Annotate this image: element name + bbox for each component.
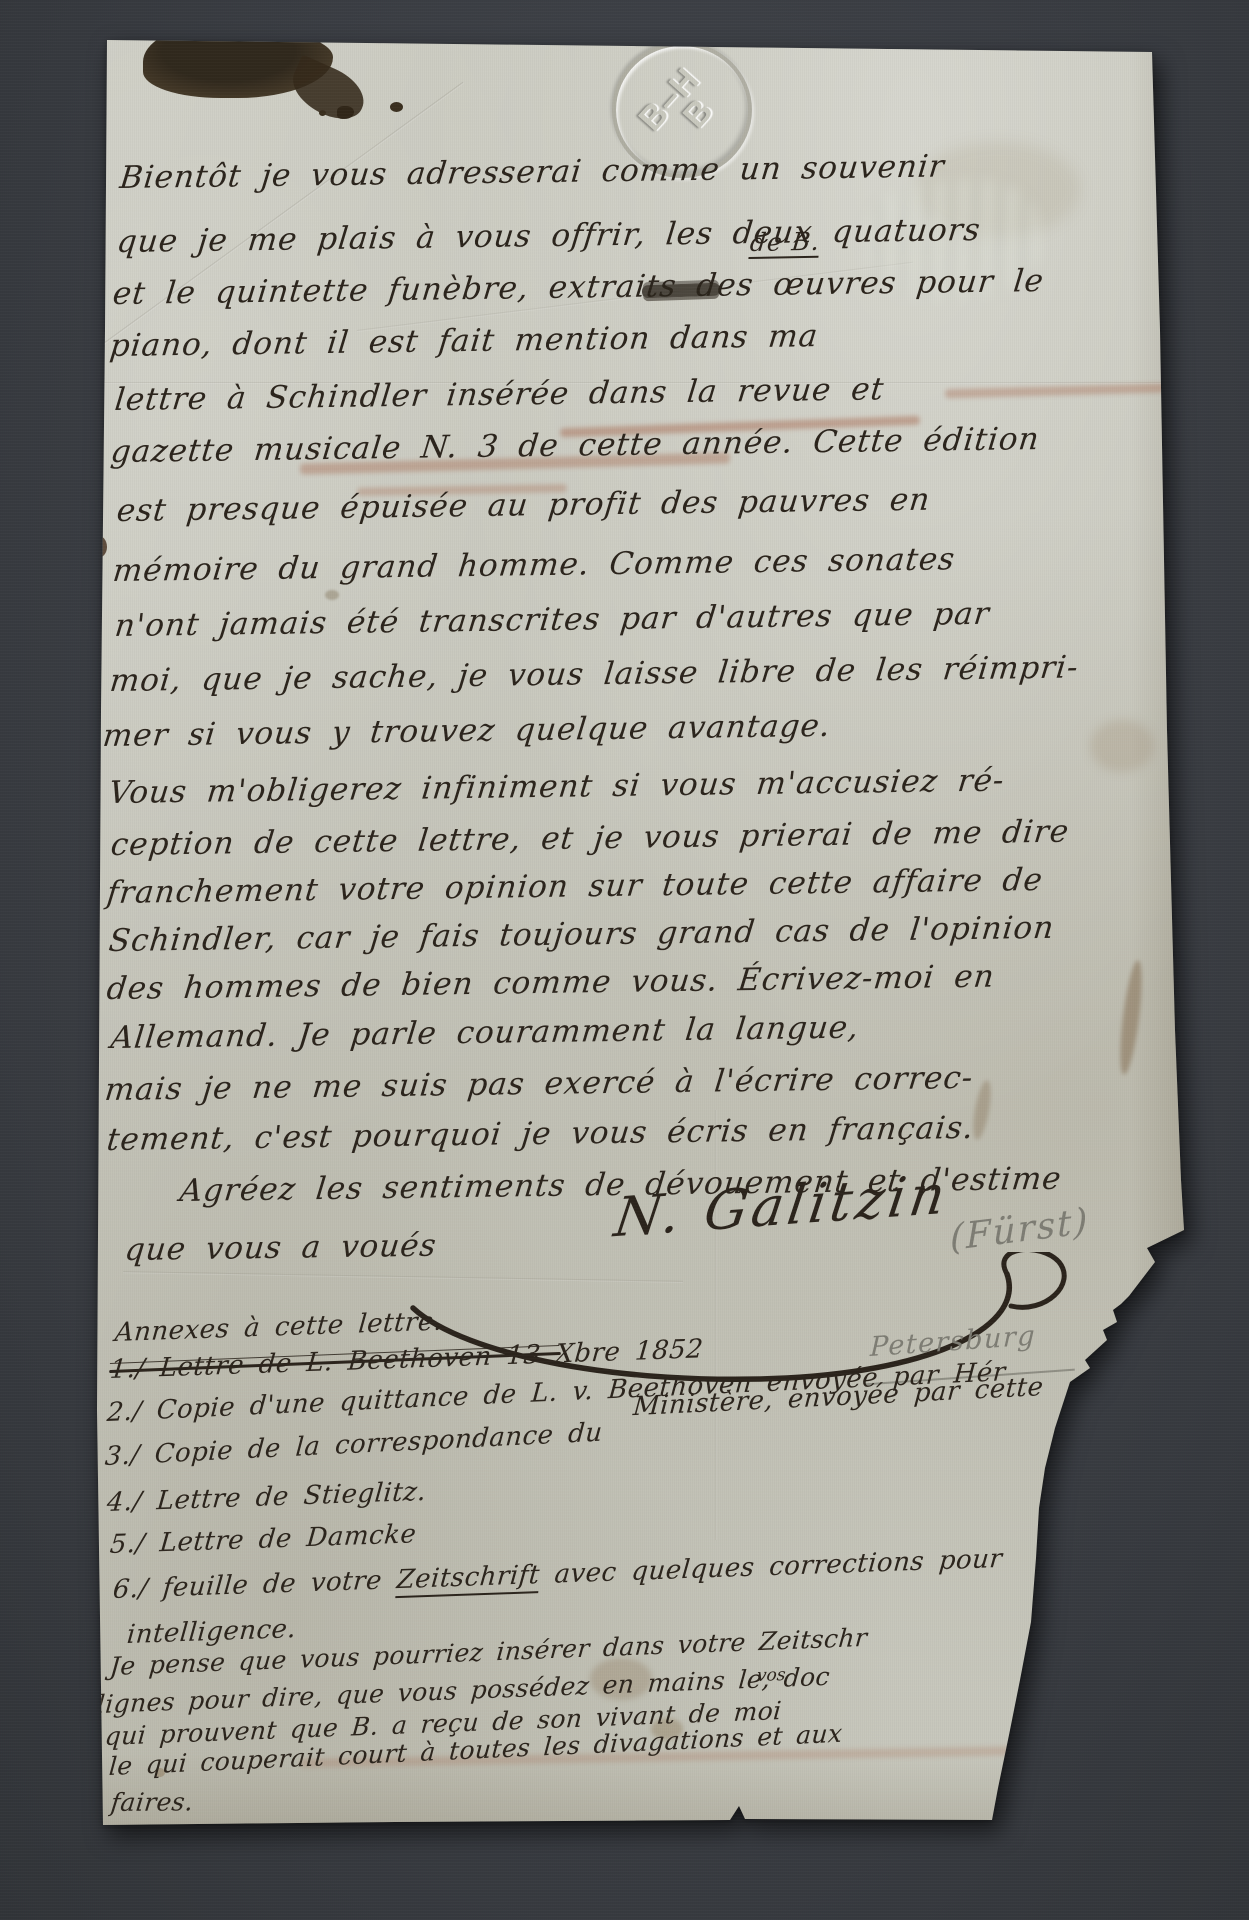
- red-chalk-smudge: [945, 383, 1185, 399]
- foxing-spot: [325, 590, 339, 600]
- annex-item: 5./ Lettre de Damcke: [109, 1519, 418, 1560]
- manuscript-line: mer si vous y trouvez quelque avantage.: [101, 708, 833, 754]
- ink-stain: [284, 55, 372, 128]
- photo-background: B–H B Bientôt je vous adresserai comme u…: [0, 0, 1249, 1920]
- manuscript-line: et le quintette funèbre, extraits des œu…: [111, 263, 1046, 312]
- manuscript-line: est presque épuisée au profit des pauvre…: [115, 482, 932, 529]
- manuscript-line: franchement votre opinion sur toute cett…: [105, 862, 1045, 911]
- manuscript-line: des hommes de bien comme vous. Écrivez-m…: [105, 959, 997, 1007]
- manuscript-line: Vous m'obligerez infiniment si vous m'ac…: [107, 762, 1006, 811]
- manuscript-line: lettre à Schindler insérée dans la revue…: [113, 371, 886, 418]
- ink-speck: [319, 110, 326, 116]
- manuscript-line: gazette musicale N. 3 de cette année. Ce…: [109, 421, 1041, 470]
- manuscript-line: ception de cette lettre, et je vous prie…: [109, 814, 1071, 863]
- annex-item-text: 6./ feuille de votre: [112, 1565, 398, 1605]
- brown-stain: [1116, 959, 1146, 1075]
- manuscript-line: moi, que je sache, je vous laisse libre …: [108, 649, 1080, 699]
- manuscript-line: Allemand. Je parle couramment la langue,: [109, 1010, 861, 1057]
- manuscript-line: Bientôt je vous adresserai comme un souv…: [118, 148, 947, 196]
- postscript-line: faires.: [109, 1787, 195, 1817]
- manuscript-line: Schindler, car je fais toujours grand ca…: [107, 910, 1056, 959]
- ink-speck: [95, 535, 107, 558]
- manuscript-line: n'ont jamais été transcrites par d'autre…: [113, 596, 992, 644]
- manuscript-line: que vous a voués: [123, 1228, 439, 1268]
- faded-stain: [1090, 720, 1154, 772]
- manuscript-line: que je me plais à vous offrir, les deux …: [115, 212, 983, 260]
- manuscript-line: mais je ne me suis pas exercé à l'écrire…: [103, 1060, 975, 1108]
- pencil-annotation-fuerst: (Fürst): [950, 1201, 1090, 1259]
- interline-insertion: vos: [756, 1665, 786, 1686]
- letter-paper-wrap: B–H B Bientôt je vous adresserai comme u…: [95, 30, 1185, 1825]
- underlined-word: Zeitschrift: [395, 1560, 541, 1598]
- manuscript-line: tement, c'est pourquoi je vous écris en …: [105, 1110, 976, 1158]
- annex-item: 4./ Lettre de Stieglitz.: [106, 1477, 428, 1518]
- ink-scribble-correction: [642, 283, 720, 299]
- letter-paper: B–H B Bientôt je vous adresserai comme u…: [95, 30, 1185, 1825]
- manuscript-line: mémoire du grand homme. Comme ces sonate…: [111, 541, 957, 589]
- annex-item-text: avec quelques corrections pour: [538, 1544, 1003, 1590]
- ink-speck: [390, 102, 403, 112]
- manuscript-line: piano, dont il est fait mention dans ma: [108, 318, 820, 364]
- annex-item: intelligence.: [126, 1614, 298, 1650]
- annex-item-text: 3./ Copie de la correspondance du: [104, 1418, 604, 1472]
- embossed-stamp-letters: B–H B: [635, 63, 729, 158]
- interline-insertion: de B.: [748, 227, 821, 259]
